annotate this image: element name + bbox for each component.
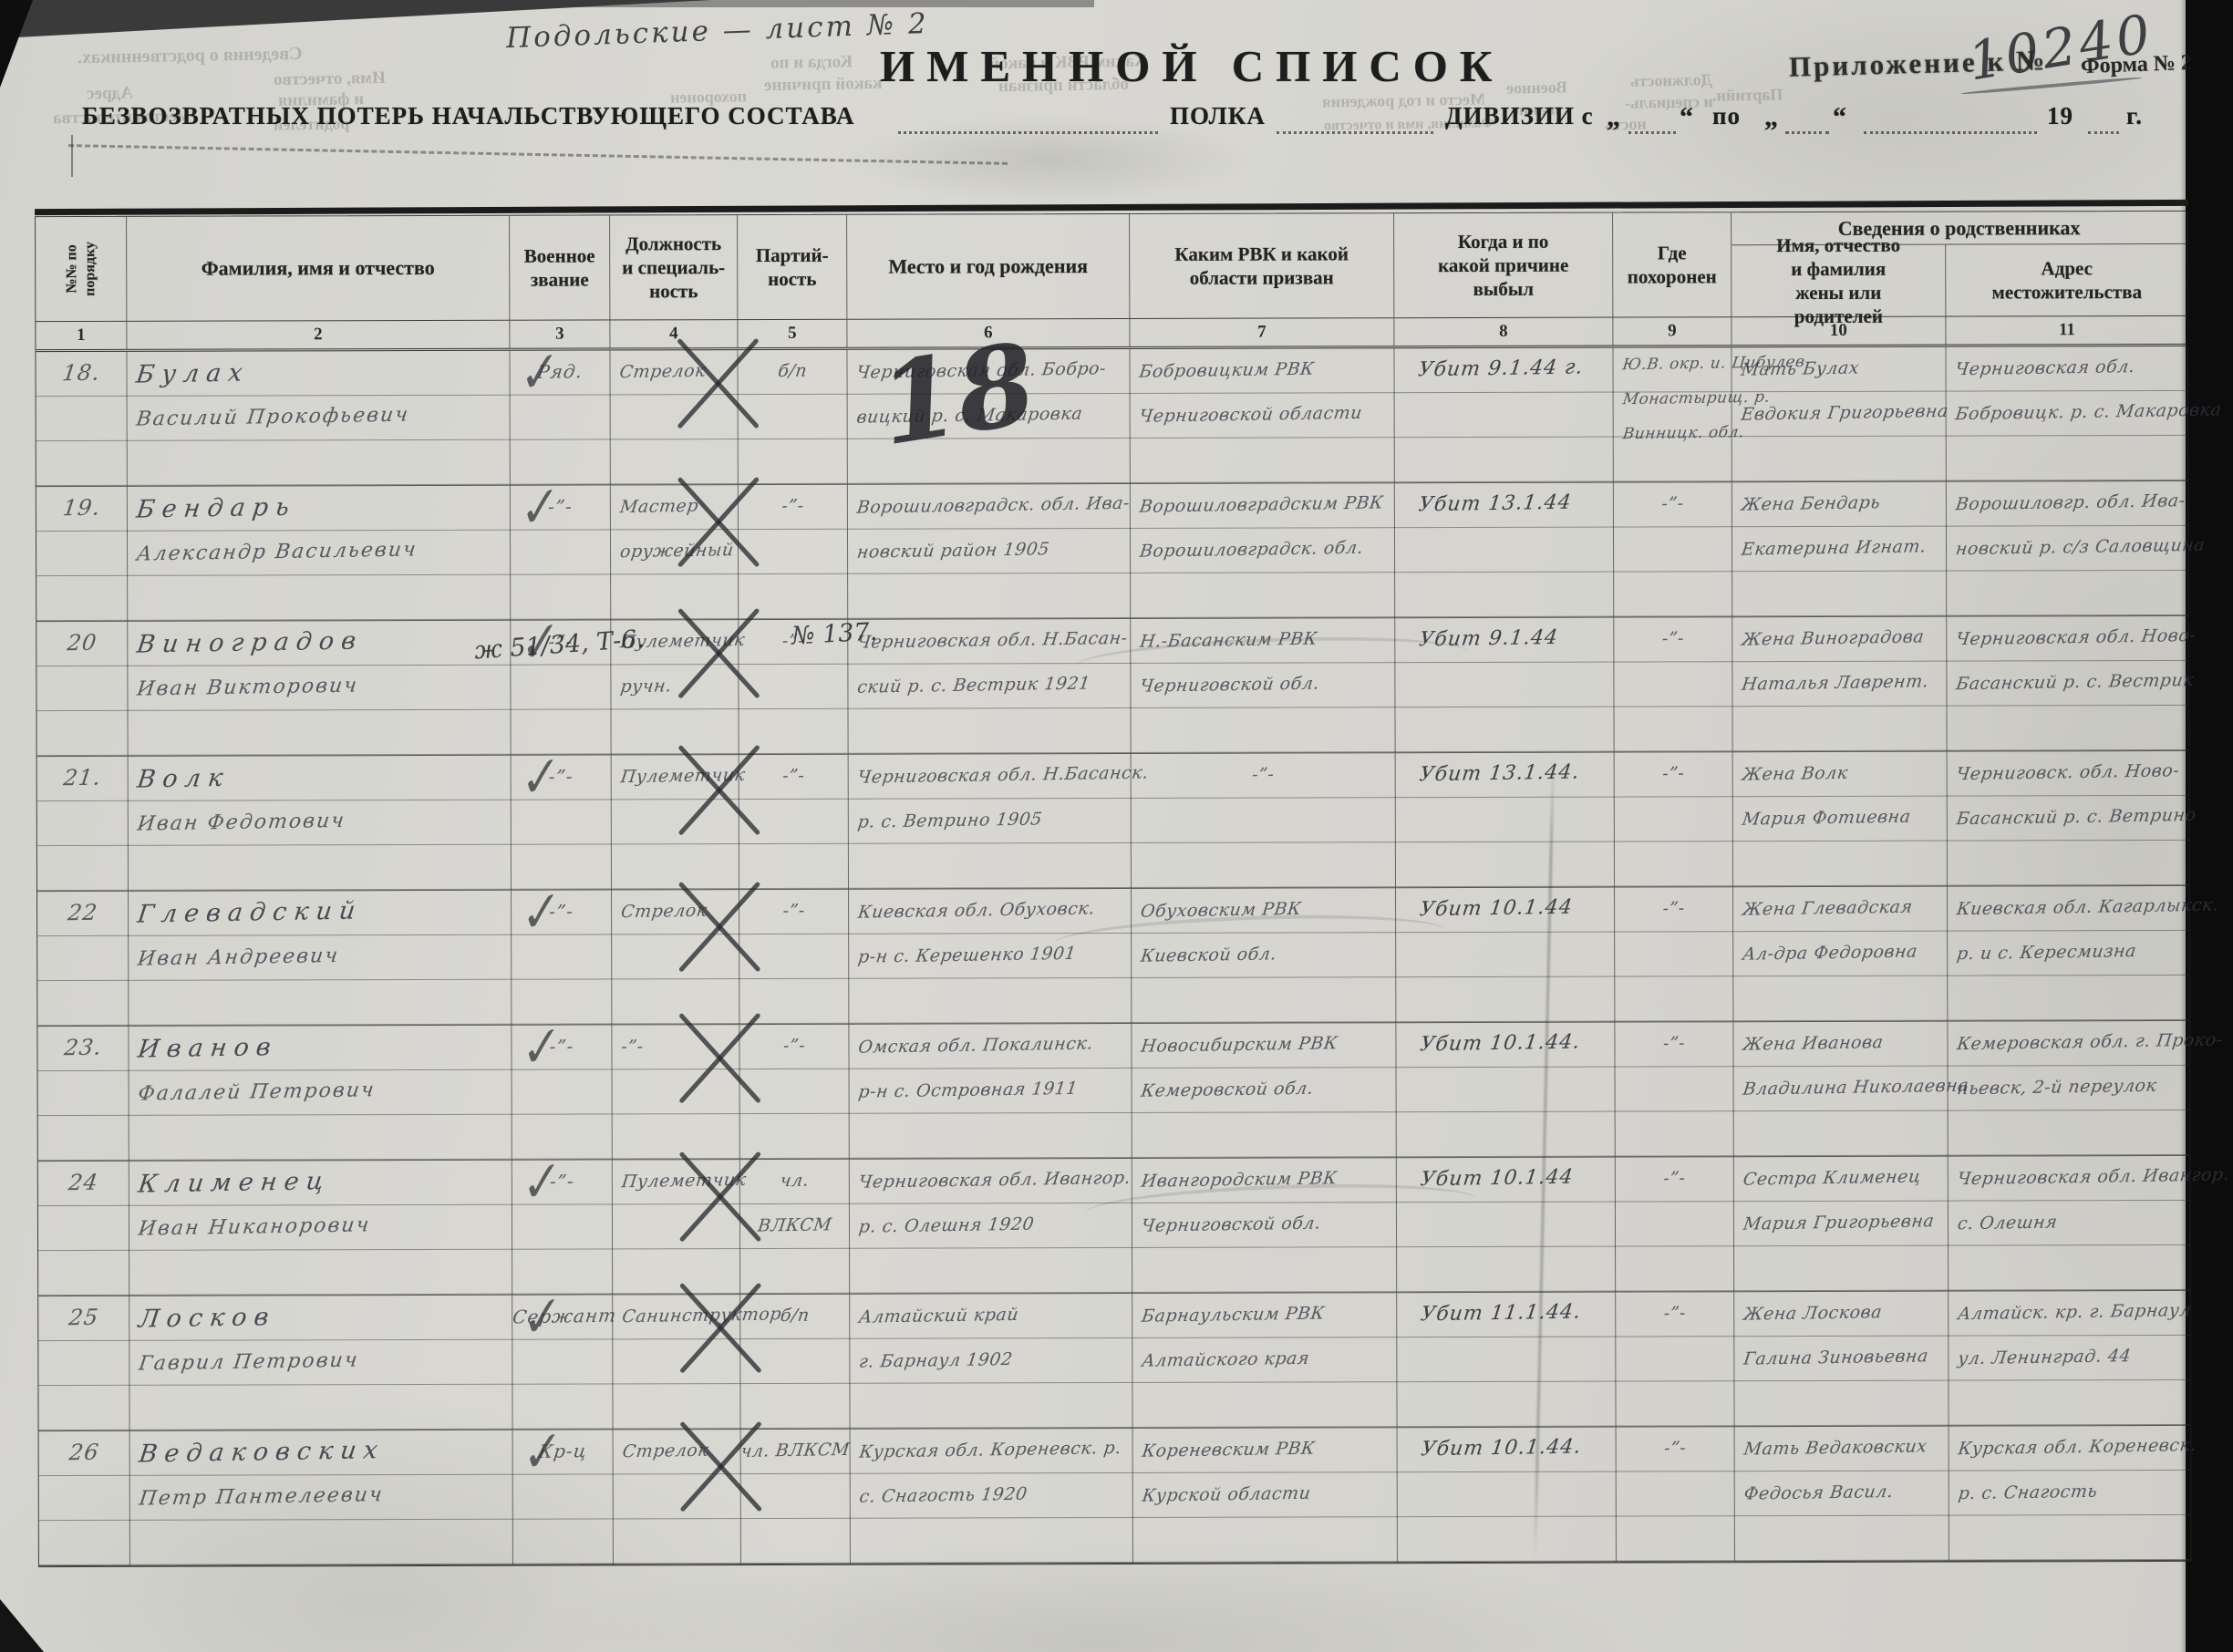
duty-text: Пулеметчик	[610, 1159, 742, 1205]
burial-text: -”-	[1611, 616, 1734, 663]
duty-text: -”-	[609, 1024, 741, 1070]
cell-birthplace: Курская обл. Кореневск. р.с. Снагость 19…	[851, 1429, 1133, 1564]
birthplace-text: Алтайский край	[847, 1292, 1135, 1341]
row-number-text: 22	[35, 891, 130, 937]
cell-birthplace: Черниговская обл. Н.Басанск.р. с. Ветрин…	[849, 754, 1132, 889]
relative-address-text: Курская обл. Кореневск.	[1946, 1424, 2193, 1472]
cell-relative: Сестра КлименецМария Григорьевна	[1734, 1157, 1949, 1292]
cell-name: БендарьАлександр Васильевич✓	[128, 486, 511, 621]
subtitle-divizii: ДИВИЗИИ с	[1445, 102, 1594, 130]
relative-address-text: Черниговская обл. Ново-	[1944, 614, 2191, 663]
burial-text: -”-	[1613, 1426, 1736, 1472]
relative-address-text: Басанский р. с. Ветрино	[1945, 794, 2192, 842]
cell-birthplace: Ворошиловградск. обл. Ива-новский район …	[848, 484, 1131, 619]
cell-duty: Пулеметчик	[612, 755, 739, 889]
duty-text: Стрелок	[607, 349, 739, 396]
cell-rank: Сержант	[512, 1295, 613, 1429]
column-header-5: Партий- ность	[738, 215, 847, 319]
relative-address-text: р. и с. Кересмизна	[1945, 929, 2192, 977]
column-number-11: 11	[1946, 316, 2187, 345]
rank-text: -”-	[508, 485, 613, 532]
duty-text: Пулеметчик	[609, 754, 741, 800]
cell-fate: Убит 9.1.44	[1395, 618, 1614, 753]
cell-name: ВиноградовИван Викторович✓	[128, 621, 511, 756]
given-name-text: Фалалей Петрович	[126, 1068, 514, 1119]
column-header-label: Адрес местожительства	[1991, 256, 2142, 305]
bleedthrough-text: Имя, отчество	[274, 68, 386, 90]
cell-row-number: 22	[37, 892, 129, 1026]
cell-birthplace: Киевская обл. Обуховск.р-н с. Керешенко …	[849, 889, 1132, 1024]
relative-text: Ал-дра Федоровна	[1731, 930, 1950, 978]
cell-relative-address: Ворошиловгр. обл. Ива-новский р. с/з Сал…	[1947, 481, 2188, 616]
rvk-text: Черниговской области	[1127, 391, 1397, 440]
cell-rank: -”-	[511, 485, 611, 619]
relative-address-text: Бобровицк. р. с. Макаровка	[1943, 389, 2190, 438]
burial-text: -”-	[1612, 886, 1735, 933]
cell-rvk: Барнаульским РВКАлтайского края	[1132, 1293, 1397, 1428]
cell-fate: Убит 10.1.44.	[1396, 1023, 1615, 1158]
column-header-1: №№ по порядку	[36, 217, 127, 321]
row-number-text: 23.	[35, 1026, 130, 1072]
cell-duty: Стрелок	[612, 890, 739, 1024]
cell-rank: -”-	[512, 1025, 612, 1159]
scanned-document-page: Сведения о родственниках.Имя, отчествои …	[0, 0, 2233, 1652]
table-row: 21.ВолкИван Федотович✓-”-Пулеметчик-”-Че…	[37, 751, 2189, 892]
cell-rvk: Новосибирским РВККемеровской обл.	[1132, 1023, 1396, 1158]
pencil-tick	[71, 135, 73, 177]
cell-birthplace: Черниговская обл. Н.Басан-ский р. с. Вес…	[848, 619, 1131, 754]
surname-text: Иванов	[126, 1023, 514, 1074]
burial-text: -”-	[1612, 1021, 1735, 1068]
cell-burial: -”-	[1615, 752, 1733, 886]
cell-duty: Санинструктор	[613, 1295, 740, 1429]
party-text: -”-	[736, 484, 850, 531]
cell-row-number: 23.	[37, 1027, 129, 1161]
relative-text: Наталья Лаврент.	[1730, 660, 1949, 708]
row-number-text: 19.	[34, 486, 129, 532]
given-name-text: Гаврил Петрович	[127, 1337, 515, 1389]
given-name-text: Иван Викторович	[125, 663, 513, 714]
cell-name: ГлевадскийИван Андреевич✓	[129, 891, 512, 1026]
column-header-label: Когда и по какой причине выбыл	[1438, 229, 1568, 301]
cell-relative-address: Черниговск. обл. Ново-Басанский р. с. Ве…	[1948, 751, 2189, 886]
cell-row-number: 25	[38, 1296, 129, 1430]
row-number-text: 21.	[35, 756, 130, 802]
duty-text: ручн.	[608, 664, 740, 710]
cell-relative: Мать ВедаковскихФедосья Васил.	[1735, 1427, 1949, 1562]
column-number-4: 4	[610, 320, 738, 347]
cell-fate: Убит 13.1.44	[1395, 483, 1614, 618]
cell-duty: Пулеметчик	[613, 1160, 740, 1294]
column-header-3: Военное звание	[510, 215, 610, 319]
cell-party: -”-	[739, 890, 849, 1024]
column-header-2: Фамилия, имя и отчество	[127, 216, 510, 321]
cell-relative: Жена ВолкМария Фотиевна	[1733, 752, 1948, 887]
subtitle-polka: ПОЛКА	[1170, 102, 1266, 130]
rank-text: Кр-ц	[510, 1430, 615, 1476]
cell-burial: -”-	[1616, 1292, 1734, 1426]
party-text: чл.	[738, 1159, 852, 1205]
fate-text: Убит 10.1.44.	[1393, 1021, 1618, 1069]
relative-text: Екатерина Игнат.	[1730, 525, 1949, 573]
subtitle-year: 19	[2047, 102, 2073, 130]
column-header-label: Каким РВК и какой области призван	[1174, 242, 1349, 290]
cell-fate: Убит 9.1.44 г.	[1394, 348, 1613, 483]
cell-burial: -”-	[1615, 887, 1733, 1021]
table-header-row: Сведения о родственниках№№ по порядкуФам…	[35, 211, 2188, 321]
cell-fate: Убит 10.1.44	[1396, 888, 1615, 1023]
rvk-text: Ворошиловградским РВК	[1128, 481, 1398, 531]
burial-text: -”-	[1613, 1291, 1736, 1337]
column-header-label: Военное звание	[524, 243, 595, 292]
given-name-text: Петр Пантелеевич	[127, 1472, 515, 1523]
party-text: чл. ВЛКСМ	[738, 1429, 852, 1475]
cell-burial: -”-	[1614, 617, 1732, 751]
given-name-text: Иван Никанорович	[127, 1203, 515, 1254]
cell-row-number: 21.	[37, 757, 129, 891]
table-row: 19.БендарьАлександр Васильевич✓-”-Мастер…	[36, 481, 2188, 622]
party-text: б/п	[735, 349, 849, 396]
fill-line-5	[1864, 102, 2037, 134]
rank-text: Сержант	[510, 1295, 615, 1341]
relative-text: Мария Григорьевна	[1732, 1200, 1951, 1248]
subtitle-po: по	[1712, 102, 1741, 130]
cell-rank: Кр-ц	[513, 1430, 614, 1564]
cell-relative-address: Кемеровская обл. г. Проко-пьевск, 2-й пе…	[1948, 1021, 2189, 1156]
row-number-text: 26	[36, 1430, 132, 1477]
bleedthrough-text: какой причине	[764, 74, 883, 96]
party-text: -”-	[737, 889, 851, 935]
cell-name: КлименецИван Никанорович✓	[129, 1161, 512, 1296]
column-number-3: 3	[510, 320, 610, 347]
relative-text: Жена Лоскова	[1732, 1290, 1951, 1338]
birthplace-text: Черниговская обл. Н.Басанск.	[845, 752, 1133, 801]
column-number-7: 7	[1130, 318, 1394, 346]
duty-text: оружейный	[608, 529, 740, 575]
burial-text: -”-	[1612, 751, 1735, 798]
cell-name: ЛосковГаврил Петрович✓	[129, 1296, 512, 1430]
birthplace-text: р-н с. Островная 1911	[846, 1067, 1134, 1116]
rank-text: -”-	[509, 890, 614, 936]
cell-party: б/п	[738, 350, 847, 484]
burial-text: -”-	[1611, 481, 1734, 528]
cell-birthplace: Алтайский крайг. Барнаул 1902	[850, 1294, 1132, 1429]
column-number-9: 9	[1613, 317, 1732, 345]
duty-text: Санинструктор	[610, 1294, 742, 1340]
subtitle-year-suffix: г.	[2126, 102, 2143, 130]
cell-rank: -”-	[512, 890, 612, 1024]
given-name-text: Иван Федотович	[125, 798, 513, 849]
relative-address-text: Черниговская обл. Ивангор.	[1946, 1154, 2193, 1203]
table-row: 25ЛосковГаврил Петрович✓СержантСанинстру…	[38, 1291, 2190, 1431]
rank-text: -”-	[509, 755, 614, 801]
cell-relative: Жена ИвановаВладилина Николаевна	[1733, 1022, 1948, 1157]
rank-text: -”-	[509, 1025, 614, 1071]
cell-duty: Стрелок	[610, 350, 738, 484]
cell-name: ВедаковскихПетр Пантелеевич✓	[130, 1430, 513, 1565]
birthplace-text: с. Снагость 1920	[847, 1471, 1135, 1521]
given-name-text: Александр Васильевич	[125, 528, 513, 579]
pencil-note-archive-2: № 137.	[791, 618, 878, 651]
birthplace-text: Черниговская обл. Ивангор.	[847, 1157, 1135, 1206]
cell-row-number: 20	[36, 622, 128, 756]
cell-relative: Жена БендарьЕкатерина Игнат.	[1732, 482, 1947, 617]
cell-relative-address: Черниговская обл. Ново-Басанский р. с. В…	[1947, 616, 2188, 751]
cell-row-number: 19.	[36, 487, 128, 621]
relative-text: Евдокия Григорьевна	[1729, 390, 1949, 439]
given-name-text: Василий Прокофьевич	[124, 393, 512, 444]
rvk-text: Алтайского края	[1130, 1336, 1400, 1385]
table-row: 23.ИвановФалалей Петрович✓-”--”--”-Омска…	[37, 1021, 2189, 1162]
relative-text: Владилина Николаевна	[1731, 1065, 1950, 1113]
cell-rvk: Ворошиловградским РВКВорошиловградск. об…	[1131, 483, 1395, 618]
cell-fate: Убит 10.1.44.	[1398, 1428, 1617, 1563]
rvk-text: Барнаульским РВК	[1130, 1291, 1400, 1340]
bleedthrough-text: Адрес	[87, 84, 133, 105]
casualty-table: Сведения о родственниках№№ по порядкуФам…	[35, 201, 2192, 1567]
relative-address-text: р. с. Снагость	[1946, 1469, 2193, 1517]
cell-burial: -”-	[1615, 1022, 1733, 1156]
cell-party: -”-	[739, 485, 848, 619]
bleedthrough-text: Сведения о родственниках.	[78, 44, 303, 68]
relative-address-text: ул. Ленинград. 44	[1946, 1334, 2193, 1382]
column-header-6: Место и год рождения	[847, 214, 1130, 319]
cell-rvk: -”-	[1132, 753, 1396, 888]
big-pencil-page-number: 18	[871, 317, 1044, 471]
birthplace-text: р. с. Ветрино 1905	[845, 797, 1133, 846]
rvk-text: Ворошиловградск. обл.	[1128, 526, 1398, 575]
surname-text: Клименец	[126, 1158, 514, 1209]
birthplace-text: Курская обл. Кореневск. р.	[847, 1427, 1135, 1476]
burial-text: -”-	[1613, 1156, 1736, 1203]
surname-text: Виноградов	[125, 618, 513, 669]
duty-text: Мастер	[608, 484, 740, 531]
cell-relative-address: Алтайск. кр. г. Барнаулул. Ленинград. 44	[1949, 1291, 2190, 1426]
cell-name: ВолкИван Федотович✓	[129, 756, 512, 891]
relative-text: Сестра Клименец	[1732, 1155, 1951, 1203]
cell-rank: Ряд.	[510, 350, 610, 484]
quote-open-2: „	[1764, 102, 1778, 133]
bleedthrough-text: Когда и по	[770, 52, 853, 74]
form-number-label: Форма № 2	[2081, 51, 2193, 79]
cell-fate: Убит 11.1.44.	[1397, 1293, 1616, 1428]
column-header-7: Каким РВК и какой области призван	[1130, 213, 1394, 318]
bleedthrough-text: Военное	[1506, 77, 1567, 98]
column-header-11: Адрес местожительства	[1946, 244, 2187, 316]
birthplace-text: г. Барнаул 1902	[847, 1337, 1135, 1386]
cell-relative-address: Курская обл. Кореневск.р. с. Снагость	[1949, 1426, 2191, 1561]
fate-text: Убит 13.1.44.	[1392, 751, 1617, 800]
rvk-text: Бобровицким РВК	[1127, 346, 1397, 396]
given-name-text: Иван Андреевич	[126, 933, 514, 984]
column-header-label: Фамилия, имя и отчество	[202, 255, 435, 281]
table-row: 20ВиноградовИван Викторович✓-”-Пулеметчи…	[36, 616, 2188, 757]
burial-text: Ю.В. окр. и. Цибулев	[1611, 346, 1733, 383]
cell-burial: Ю.В. окр. и. ЦибулевМонастырищ. р.Винниц…	[1613, 347, 1732, 481]
relative-address-text: Басанский р. с. Вестрик	[1944, 659, 2191, 707]
relative-address-text: Черниговск. обл. Ново-	[1944, 749, 2191, 798]
cell-party: чл. ВЛКСМ	[741, 1430, 851, 1564]
cell-birthplace: Черниговская обл. Ивангор.р. с. Олешня 1…	[850, 1159, 1132, 1294]
cell-rvk: Бобровицким РВКЧерниговской области	[1130, 348, 1394, 483]
row-number-text: 24	[36, 1161, 131, 1207]
column-number-10: 10	[1732, 317, 1946, 346]
column-number-1: 1	[36, 322, 127, 349]
bleedthrough-text: Должность	[1630, 70, 1712, 91]
row-number-text: 20	[34, 621, 129, 667]
cell-duty: Стрелок	[614, 1430, 741, 1564]
cell-relative-address: Черниговская обл.Бобровицк. р. с. Макаро…	[1946, 346, 2187, 481]
quote-open-1: „	[1607, 102, 1620, 133]
column-number-5: 5	[738, 320, 847, 347]
duty-text: Стрелок	[609, 889, 741, 935]
fate-text: Убит 13.1.44	[1392, 481, 1617, 530]
relative-text: Жена Бендарь	[1730, 480, 1949, 529]
fate-text: Убит 9.1.44 г.	[1391, 346, 1616, 395]
surname-text: Лосков	[127, 1293, 515, 1344]
cell-rank: -”-	[512, 1160, 613, 1294]
surname-text: Волк	[125, 753, 513, 804]
cell-duty: Мастероружейный	[611, 485, 739, 619]
column-header-label: Имя, отчество и фамилия жены или родител…	[1776, 232, 1900, 328]
relative-address-text: Черниговская обл.	[1943, 345, 2190, 393]
relative-address-text: новский р. с/з Саловщина	[1944, 524, 2191, 573]
cell-duty: -”-	[612, 1025, 739, 1159]
table-row: 26ВедаковскихПетр Пантелеевич✓Кр-цСтрело…	[39, 1426, 2191, 1566]
relative-address-text: Киевская обл. Кагарлыкск.	[1945, 884, 2192, 933]
cell-relative-address: Киевская обл. Кагарлыкск.р. и с. Кересми…	[1948, 886, 2189, 1021]
relative-address-text: пьевск, 2-й переулок	[1945, 1064, 2192, 1112]
relative-address-text: Кемеровская обл. г. Проко-	[1945, 1019, 2192, 1068]
column-header-10: Имя, отчество и фамилия жены или родител…	[1732, 245, 1946, 317]
relative-text: Мария Фотиевна	[1731, 795, 1950, 843]
burial-text: Винницк. обл.	[1611, 416, 1733, 452]
party-text: ВЛКСМ	[738, 1203, 852, 1250]
rvk-text: -”-	[1128, 751, 1398, 800]
rvk-text: Новосибирским РВК	[1129, 1021, 1399, 1070]
document-title: ИМЕННОЙ СПИСОК	[880, 40, 1504, 92]
relative-text: Жена Виноградова	[1730, 615, 1949, 664]
party-text: -”-	[737, 754, 851, 800]
cell-birthplace: Омская обл. Покалинск.р-н с. Островная 1…	[849, 1024, 1132, 1159]
relative-address-text: Ворошиловгр. обл. Ива-	[1944, 480, 2191, 528]
quote-close-1: “	[1680, 102, 1693, 133]
column-header-label: Место и год рождения	[888, 253, 1088, 279]
surname-text: Бендарь	[124, 483, 512, 534]
cell-burial: -”-	[1616, 1157, 1734, 1291]
birthplace-text: Киевская обл. Обуховск.	[846, 887, 1134, 936]
rank-text: Ряд.	[507, 350, 612, 397]
birthplace-text: Ворошиловградск. обл. Ива-	[845, 482, 1133, 532]
row-number-text: 18.	[33, 351, 129, 398]
birthplace-text: новский район 1905	[845, 527, 1133, 576]
rvk-text: Кемеровской обл.	[1129, 1066, 1399, 1115]
duty-text: Стрелок	[610, 1429, 742, 1475]
row-number-text: 25	[36, 1296, 131, 1342]
cell-name: БулахВасилий Прокофьевич✓	[127, 351, 510, 486]
table-row: 18.БулахВасилий Прокофьевич✓Ряд.Стрелокб…	[36, 346, 2187, 487]
cell-party: -”-	[739, 755, 849, 889]
relative-text: Федосья Васил.	[1732, 1470, 1952, 1518]
cell-relative: Жена ГлевадскаяАл-дра Федоровна	[1733, 887, 1948, 1022]
column-header-9: Где похоронен	[1613, 212, 1732, 316]
fill-line-2	[1277, 102, 1433, 134]
birthplace-text: Омская обл. Покалинск.	[846, 1022, 1134, 1071]
relative-text: Жена Иванова	[1731, 1020, 1950, 1069]
column-header-label: №№ по порядку	[63, 228, 99, 310]
relative-text: Мать Ведаковских	[1732, 1425, 1951, 1473]
surname-text: Глевадский	[126, 888, 514, 939]
cell-relative: Мать БулахЕвдокия Григорьевна	[1732, 347, 1946, 482]
fill-line-1	[898, 102, 1158, 134]
table-row: 24КлименецИван Никанорович✓-”-Пулеметчик…	[38, 1156, 2190, 1296]
cell-party: чл.ВЛКСМ	[740, 1160, 850, 1294]
fill-line-3	[1628, 102, 1676, 134]
relative-text: Жена Глевадская	[1731, 885, 1950, 934]
column-header-label: Должность и специаль- ность	[622, 232, 725, 304]
burial-text: Монастырищ. р.	[1611, 381, 1733, 418]
party-text: б/п	[738, 1294, 852, 1340]
fill-line-6	[2088, 102, 2119, 134]
rank-text: -”-	[510, 1160, 615, 1206]
cell-relative: Жена ЛосковаГалина Зиновьевна	[1734, 1292, 1949, 1427]
column-number-2: 2	[127, 321, 510, 349]
cell-burial: -”-	[1614, 482, 1732, 616]
relative-text: Мать Булах	[1729, 346, 1949, 394]
cell-rvk: Кореневским РВККурской области	[1133, 1428, 1398, 1563]
surname-text: Булах	[124, 348, 512, 399]
column-header-label: Где похоронен	[1628, 241, 1717, 289]
cell-burial: -”-	[1617, 1427, 1735, 1561]
cell-relative: Жена ВиноградоваНаталья Лаврент.	[1732, 617, 1947, 752]
cell-name: ИвановФалалей Петрович✓	[129, 1026, 512, 1161]
fate-text: Убит 11.1.44.	[1394, 1291, 1618, 1339]
column-header-4: Должность и специаль- ность	[610, 215, 738, 319]
column-number-8: 8	[1394, 318, 1613, 346]
cell-row-number: 24	[38, 1162, 129, 1296]
subtitle-losses: БЕЗВОЗВРАТНЫХ ПОТЕРЬ НАЧАЛЬСТВУЮЩЕГО СОС…	[82, 102, 855, 130]
cell-party: -”-	[739, 1025, 849, 1159]
cell-relative-address: Черниговская обл. Ивангор.с. Олешня	[1949, 1156, 2190, 1291]
relative-address-text: с. Олешня	[1946, 1199, 2193, 1247]
relative-text: Жена Волк	[1730, 750, 1949, 799]
cell-row-number: 18.	[36, 352, 127, 486]
rvk-text: Курской области	[1130, 1471, 1400, 1520]
column-header-8: Когда и по какой причине выбыл	[1394, 213, 1613, 318]
fate-text: Убит 10.1.44.	[1394, 1426, 1618, 1474]
cell-rank: -”-	[512, 755, 612, 889]
surname-text: Ведаковских	[127, 1428, 515, 1479]
column-header-label: Партий- ность	[756, 243, 829, 292]
cell-fate: Убит 13.1.44.	[1396, 753, 1615, 888]
fill-line-4	[1785, 102, 1829, 134]
quote-close-2: “	[1833, 102, 1846, 133]
relative-text: Галина Зиновьевна	[1732, 1335, 1951, 1383]
relative-address-text: Алтайск. кр. г. Барнаул	[1946, 1289, 2193, 1337]
party-text: -”-	[737, 1024, 851, 1070]
cell-fate: Убит 10.1.44	[1397, 1158, 1616, 1293]
cell-row-number: 26	[39, 1431, 130, 1565]
cell-party: б/п	[740, 1295, 850, 1429]
rvk-text: Кореневским РВК	[1130, 1426, 1400, 1475]
